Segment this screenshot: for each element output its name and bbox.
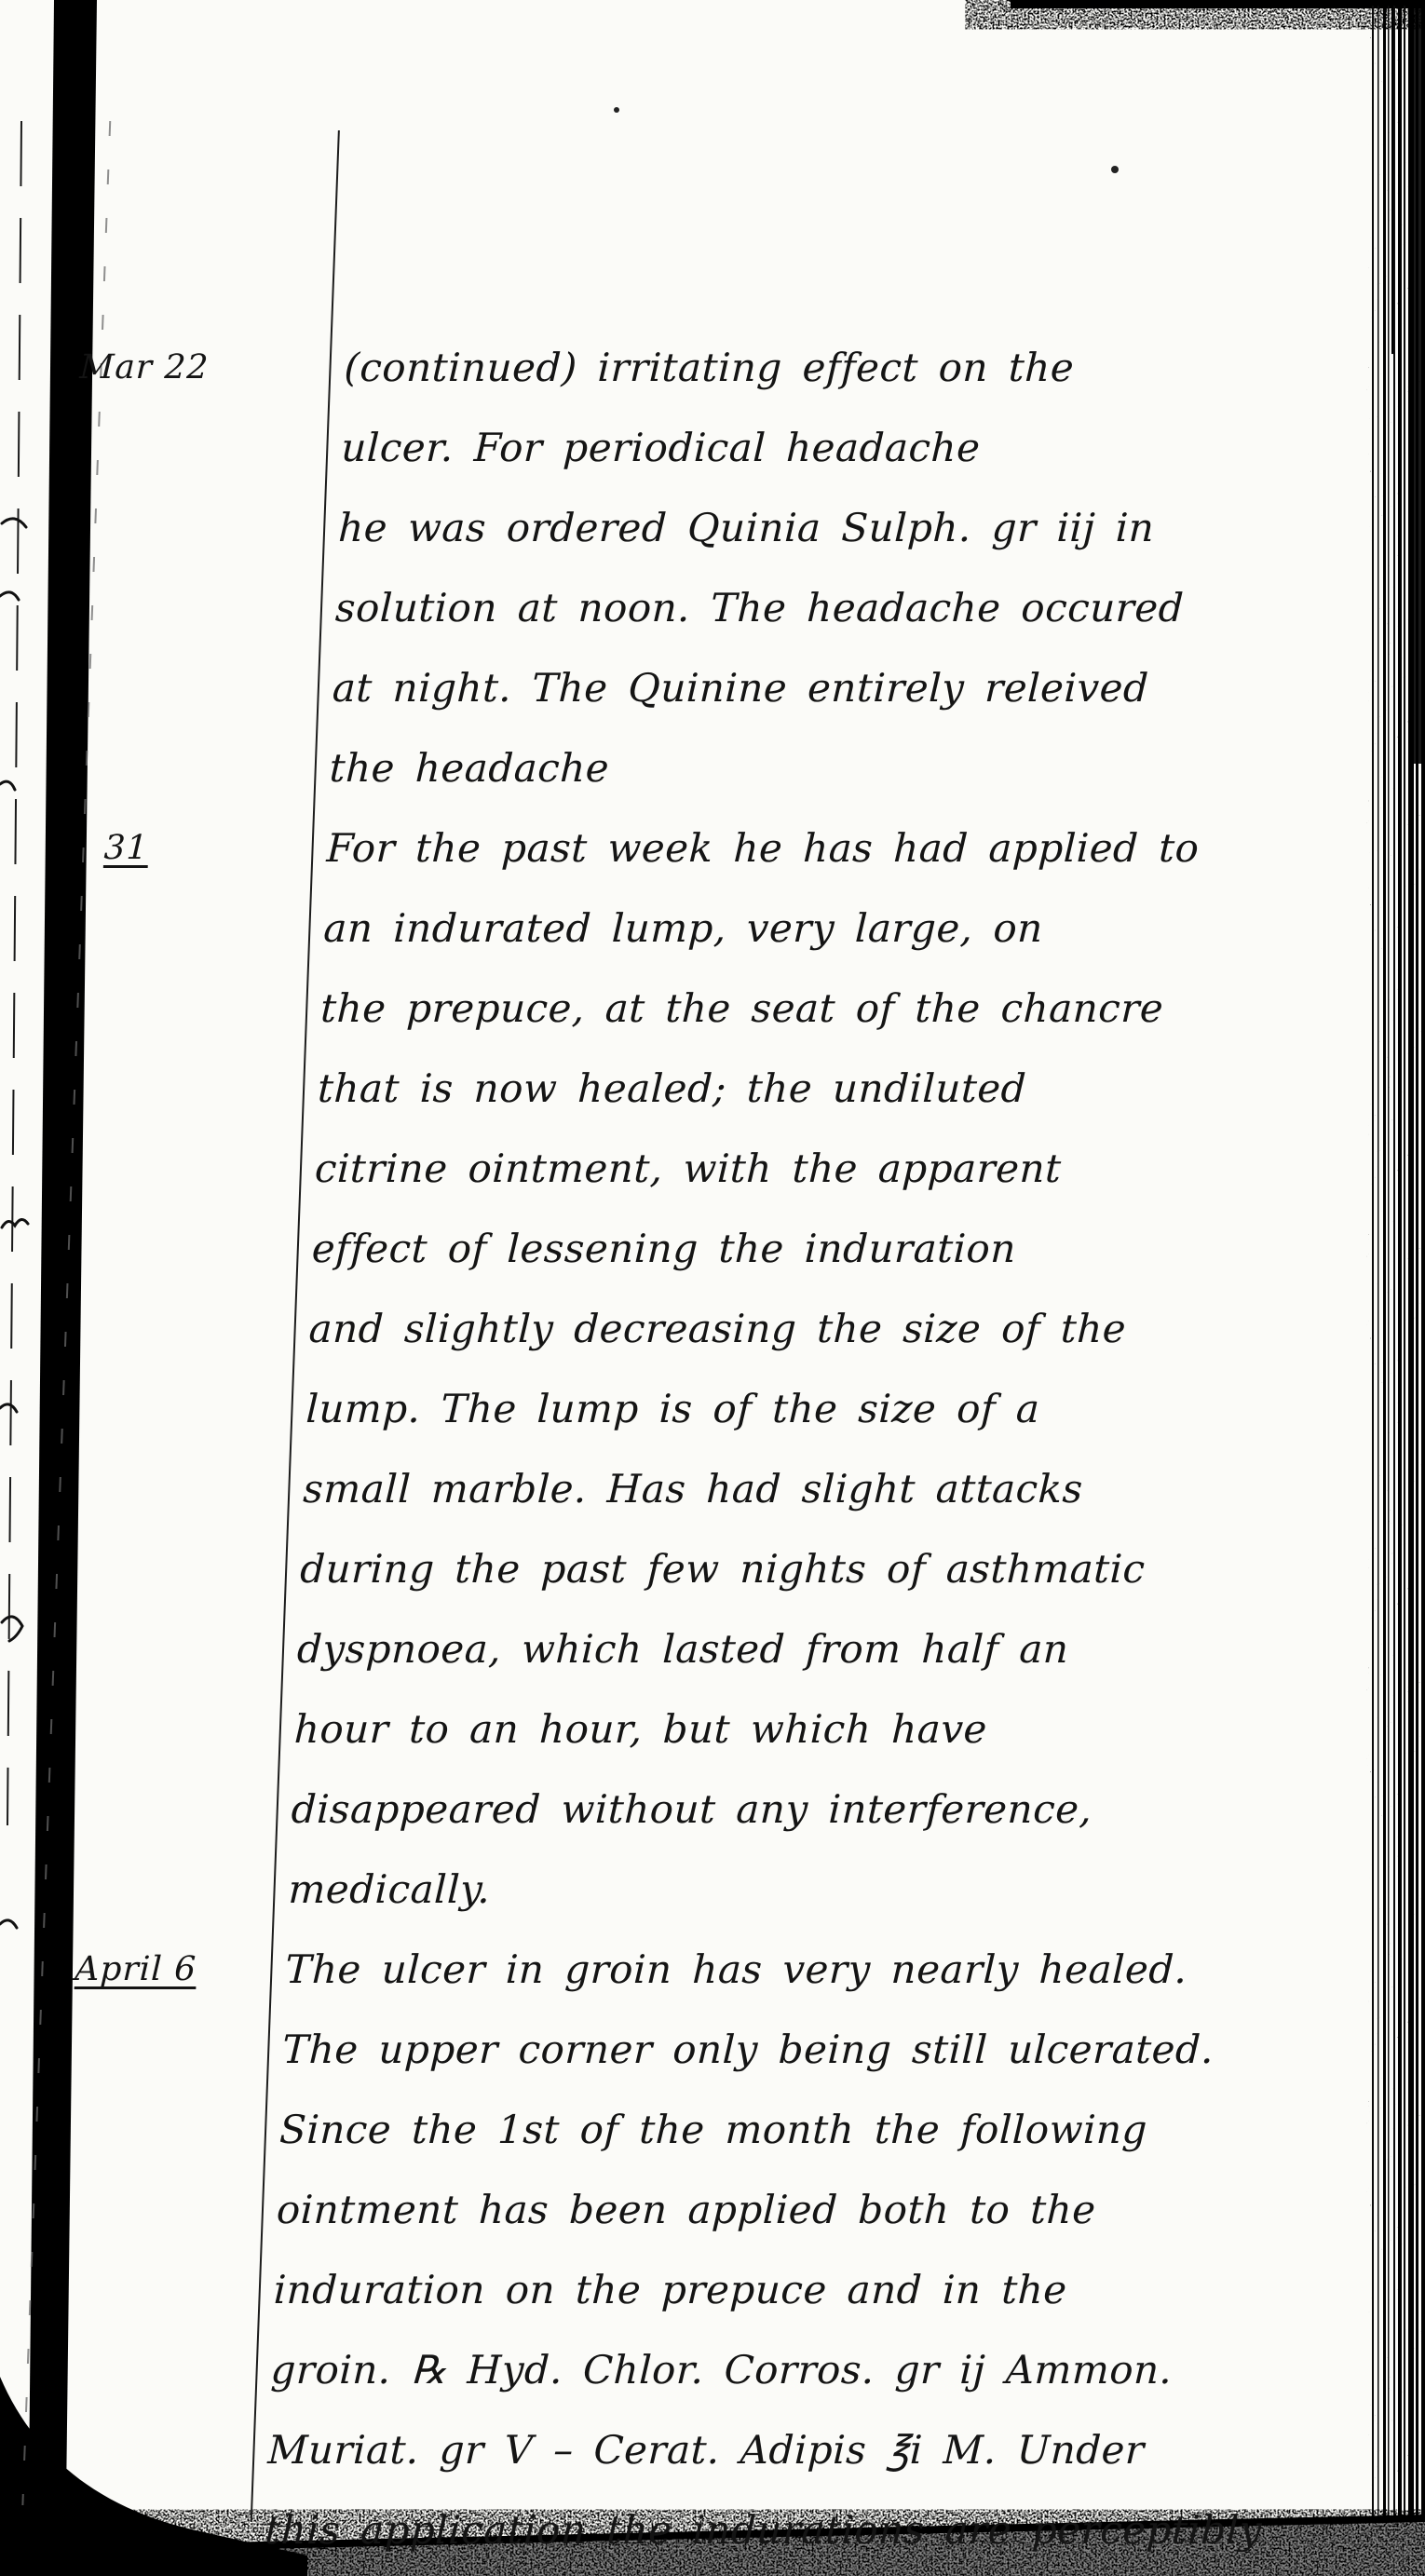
- manuscript-line: solution at noon. The headache occured: [333, 568, 1370, 648]
- manuscript-line: ointment has been applied both to the: [275, 2170, 1311, 2250]
- entry-date-cell: April 6: [0, 1930, 272, 2570]
- manuscript-line: small marble. Has had slight attacks: [302, 1449, 1338, 1529]
- manuscript-line: the headache: [328, 728, 1364, 808]
- manuscript-line: the prepuce, at the seat of the chancre: [319, 969, 1356, 1049]
- entry-date-label: Mar 22: [79, 348, 210, 386]
- manuscript-line: citrine ointment, with the apparent: [313, 1129, 1350, 1209]
- entry-date-cell: Mar 22: [0, 328, 331, 808]
- entry-lines: (continued) irritating effect on theulce…: [313, 328, 1379, 808]
- entry-lines: The ulcer in groin has very nearly heale…: [249, 1930, 1321, 2570]
- entry-date-label: 31: [102, 808, 150, 888]
- entry-date-label: April 6: [74, 1930, 198, 2010]
- manuscript-line: The upper corner only being still ulcera…: [281, 2010, 1318, 2090]
- manuscript-line: this application the indurations are per…: [264, 2490, 1300, 2570]
- journal-entry: 31For the past week he has had applied t…: [0, 808, 1362, 1930]
- manuscript-line: groin. ℞ Hyd. Chlor. Corros. gr ij Ammon…: [269, 2330, 1306, 2410]
- manuscript-line: induration on the prepuce and in the: [272, 2250, 1309, 2330]
- manuscript-line: at night. The Quinine entirely releived: [331, 648, 1367, 728]
- manuscript-line: dyspnoea, which lasted from half an: [295, 1609, 1332, 1689]
- manuscript-line: effect of lessening the induration: [310, 1209, 1347, 1289]
- manuscript-line: that is now healed; the undiluted: [317, 1049, 1353, 1129]
- manuscript-line: Since the 1st of the month the following: [278, 2090, 1315, 2170]
- manuscript-line: lump. The lump is of the size of a: [305, 1369, 1341, 1449]
- manuscript-line: disappeared without any interference,: [290, 1769, 1326, 1850]
- journal-entry: April 6The ulcer in groin has very nearl…: [0, 1930, 1321, 2570]
- manuscript-line: medically.: [287, 1850, 1323, 1930]
- manuscript-line: Muriat. gr V – Cerat. Adipis ℥i M. Under: [266, 2410, 1303, 2490]
- entry-date-cell: 31: [0, 808, 313, 1930]
- manuscript-line: The ulcer in groin has very nearly heale…: [284, 1930, 1321, 2010]
- manuscript-content: Mar 22(continued) irritating effect on t…: [0, 0, 1425, 2576]
- journal-entries: Mar 22(continued) irritating effect on t…: [0, 328, 1379, 2570]
- manuscript-line: hour to an hour, but which have: [292, 1689, 1329, 1769]
- manuscript-line: during the past few nights of asthmatic: [299, 1529, 1336, 1609]
- manuscript-line: ulcer. For periodical headache: [340, 408, 1377, 488]
- manuscript-line: an indurated lump, very large, on: [322, 888, 1359, 969]
- manuscript-line: and slightly decreasing the size of the: [307, 1289, 1344, 1369]
- journal-entry: Mar 22(continued) irritating effect on t…: [0, 328, 1379, 808]
- manuscript-line: (continued) irritating effect on the: [343, 328, 1379, 408]
- manuscript-page: Mar 22(continued) irritating effect on t…: [0, 0, 1425, 2576]
- entry-lines: For the past week he has had applied toa…: [272, 808, 1362, 1930]
- manuscript-line: he was ordered Quinia Sulph. gr iij in: [337, 488, 1374, 568]
- manuscript-line: For the past week he has had applied to: [325, 808, 1362, 888]
